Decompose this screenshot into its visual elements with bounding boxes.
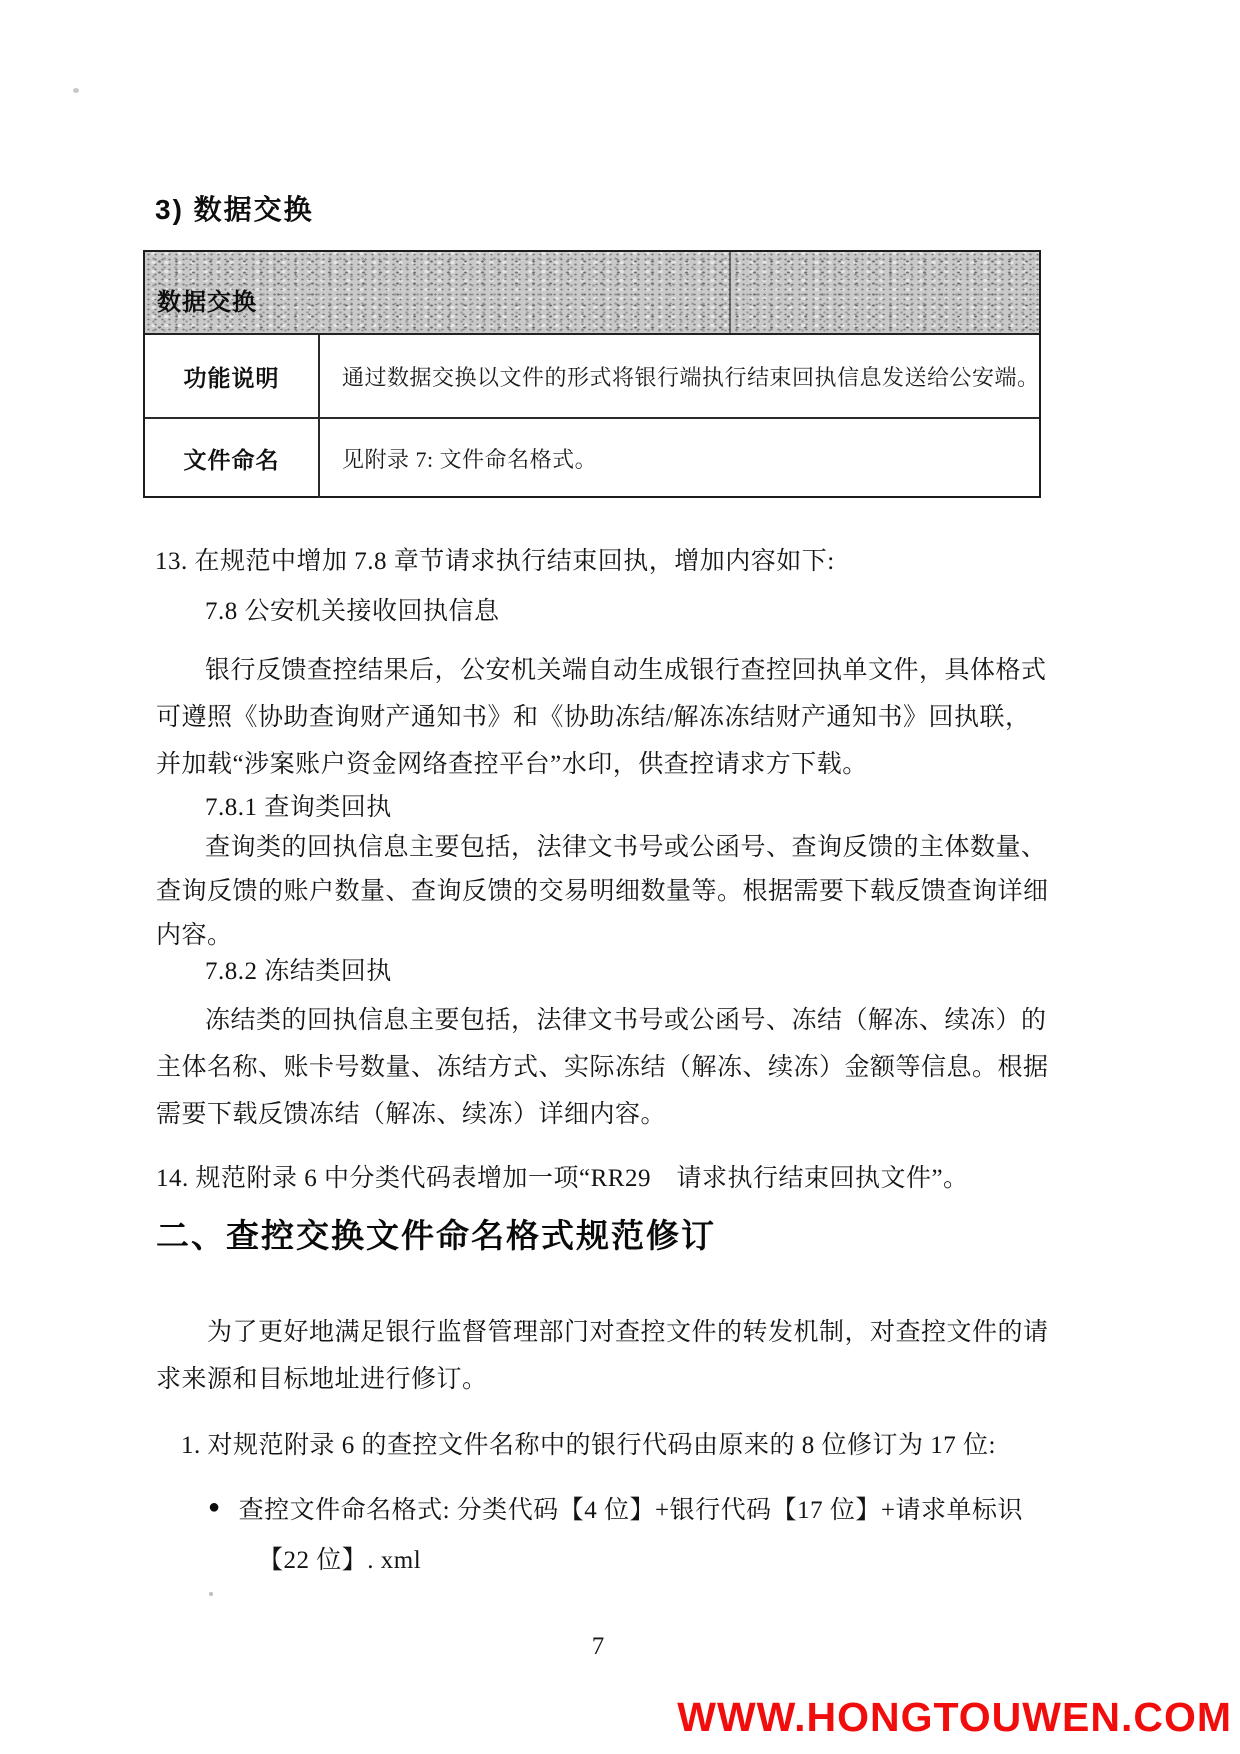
text-line: 冻结类的回执信息主要包括，法律文书号或公函号、冻结（解冻、续冻）的 (205, 1000, 1047, 1036)
text-line: 银行反馈查控结果后，公安机关端自动生成银行查控回执单文件，具体格式 (205, 650, 1047, 686)
text-line: 1. 对规范附录 6 的查控文件名称中的银行代码由原来的 8 位修订为 17 位… (181, 1425, 996, 1461)
watermark-text: WWW.HONGTOUWEN.COM (677, 1694, 1232, 1741)
text-line: 【22 位】. xml (258, 1540, 421, 1576)
bullet-list-item: ● 查控文件命名格式: 分类代码【4 位】+银行代码【17 位】+请求单标识 (208, 1490, 1023, 1526)
bullet-icon: ● (208, 1496, 221, 1519)
text-line: 13. 在规范中增加 7.8 章节请求执行结束回执，增加内容如下: (155, 541, 835, 577)
table-row: 文件命名 见附录 7: 文件命名格式。 (145, 419, 1039, 498)
text-line: 查控文件命名格式: 分类代码【4 位】+银行代码【17 位】+请求单标识 (239, 1490, 1023, 1526)
text-line: 并加载“涉案账户资金网络查控平台”水印，供查控请求方下载。 (156, 744, 868, 780)
table-row-value: 通过数据交换以文件的形式将银行端执行结束回执信息发送给公安端。 (320, 335, 1040, 417)
text-line: 主体名称、账卡号数量、冻结方式、实际冻结（解冻、续冻）金额等信息。根据 (156, 1047, 1049, 1083)
table-row: 功能说明 通过数据交换以文件的形式将银行端执行结束回执信息发送给公安端。 (145, 335, 1039, 419)
text-line: 7.8.1 查询类回执 (205, 787, 392, 823)
text-line: 查询反馈的账户数量、查询反馈的交易明细数量等。根据需要下载反馈查询详细 (156, 871, 1049, 907)
text-line: 14. 规范附录 6 中分类代码表增加一项“RR29 请求执行结束回执文件”。 (156, 1158, 969, 1194)
text-line: 查询类的回执信息主要包括，法律文书号或公函号、查询反馈的主体数量、 (205, 827, 1047, 863)
text-line: 需要下载反馈冻结（解冻、续冻）详细内容。 (156, 1094, 666, 1130)
table-row-label: 文件命名 (145, 419, 320, 498)
document-page: 3) 数据交换 数据交换 功能说明 通过数据交换以文件的形式将银行端执行结束回执… (0, 0, 1240, 1754)
table-header-label: 数据交换 (157, 282, 257, 317)
text-line: 内容。 (156, 915, 233, 951)
text-line: 求来源和目标地址进行修订。 (156, 1359, 488, 1395)
text-line: 7.8 公安机关接收回执信息 (205, 591, 500, 627)
table-row-value: 见附录 7: 文件命名格式。 (320, 419, 1039, 498)
page-number: 7 (0, 1633, 1196, 1661)
table-header-divider (729, 252, 731, 333)
text-line: 7.8.2 冻结类回执 (205, 951, 392, 987)
section-heading: 二、查控交换文件命名格式规范修订 (156, 1210, 716, 1257)
scan-speck (73, 88, 79, 93)
data-exchange-table: 数据交换 功能说明 通过数据交换以文件的形式将银行端执行结束回执信息发送给公安端… (143, 250, 1041, 498)
scan-speck (209, 1592, 213, 1596)
text-line: 可遵照《协助查询财产通知书》和《协助冻结/解冻冻结财产通知书》回执联， (156, 697, 1030, 733)
text-line: 为了更好地满足银行监督管理部门对查控文件的转发机制，对查控文件的请 (207, 1312, 1049, 1348)
sub-section-heading: 3) 数据交换 (155, 188, 314, 228)
table-header-band: 数据交换 (145, 252, 1039, 335)
table-row-label: 功能说明 (145, 335, 320, 417)
